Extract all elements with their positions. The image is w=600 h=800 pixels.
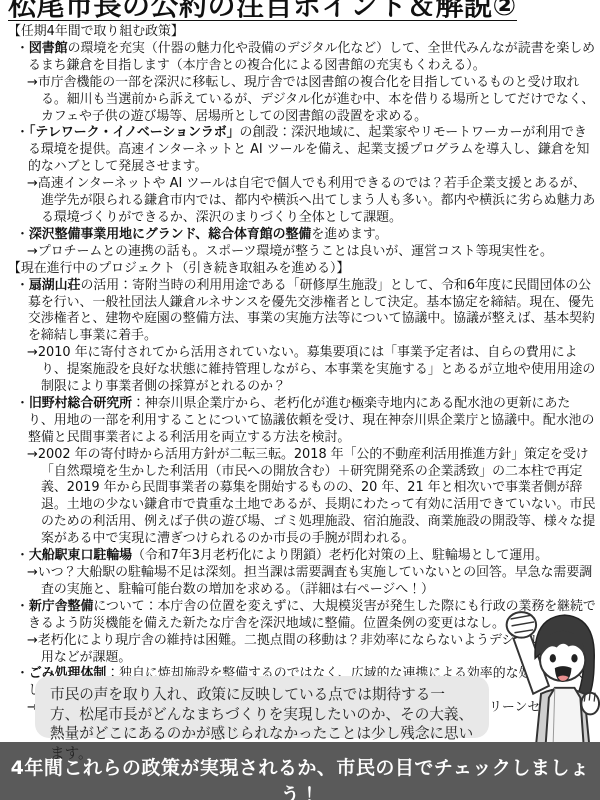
- bullet-marker: ・: [16, 227, 29, 242]
- policy-item-bullet: ・旧野村総合研究所：神奈川県企業庁から、老朽化が進む極楽寺地内にある配水池の更新…: [8, 396, 596, 447]
- waving-hand-icon: [581, 692, 599, 715]
- policy-item-arrow: →いつ？大船駅の駐輪場不足は深刻。担当課は需要調査も実施していないとの回答。早急…: [8, 565, 596, 599]
- page-title: 松尾市長の公約の注目ポイント＆解説②: [8, 0, 517, 21]
- arrow-marker: →: [27, 565, 38, 580]
- text-segment: の環境を充実（什器の魅力化や設備のデジタル化など）して、全世代みんなが読書を楽し…: [28, 41, 595, 73]
- text-segment: 新庁舎整備: [29, 599, 93, 614]
- bullet-marker: ・: [16, 41, 29, 56]
- policy-item-arrow: →プロチームとの連携の話も。スポーツ環境が整うことは良いが、運営コスト等現実性を…: [8, 244, 596, 261]
- arrow-marker: →: [27, 345, 38, 360]
- footer-banner-text: 4年間これらの政策が実現されるか、市民の目でチェックしましょう！: [11, 757, 590, 800]
- bullet-marker: ・: [16, 278, 29, 293]
- policy-item-bullet: ・「テレワーク・イノベーションラボ」の創設：深沢地域に、起業家やリモートワーカー…: [8, 125, 596, 176]
- newsletter-page: { "page": { "title": "松尾市長の公約の注目ポイント＆解説②…: [0, 0, 600, 800]
- text-segment: 市庁舎機能の一部を深沢に移転し、現庁舎では図書館の複合化を目指しているものと受け…: [38, 75, 594, 124]
- text-segment: 扇湖山荘: [29, 278, 81, 293]
- text-segment: 旧野村総合研究所: [29, 396, 132, 411]
- policy-item-arrow: →高速インターネットや AI ツールは自宅で個人でも利用できるのでは？若手企業支…: [8, 176, 596, 227]
- arrow-marker: →: [27, 176, 38, 191]
- text-segment: を進めます。: [311, 227, 387, 242]
- policy-item-bullet: ・深沢整備事業用地にグランド、総合体育館の整備を進めます。: [8, 227, 596, 244]
- bullet-marker: ・: [16, 125, 29, 140]
- text-segment: 大船駅東口駐輪場: [29, 548, 132, 563]
- policy-item-arrow: →2010 年に寄付されてから活用されていない。募集要項には「事業予定者は、自ら…: [8, 345, 596, 396]
- text-segment: 「テレワーク・イノベーションラボ」: [29, 125, 240, 140]
- text-segment: プロチームとの連携の話も。スポーツ環境が整うことは良いが、運営コスト等現実性を。: [38, 244, 553, 259]
- text-segment: （令和7年3月老朽化により閉鎖）老朽化対策の上、駐輪場として運用。: [132, 548, 548, 563]
- policy-item-arrow: →2002 年の寄付時から活用方針が二転三転。2018 年「公的不動産利活用推進…: [8, 447, 596, 548]
- arrow-marker: →: [27, 447, 38, 462]
- policy-item-bullet: ・扇湖山荘の活用：寄附当時の利用用途である「研修厚生施設」として、令和6年度に民…: [8, 278, 596, 346]
- bullet-marker: ・: [16, 396, 29, 411]
- text-segment: 【任期4年間で取り組む政策】: [8, 24, 184, 39]
- text-segment: 深沢整備事業用地にグランド、総合体育館の整備: [29, 227, 311, 242]
- bullet-marker: ・: [16, 548, 29, 563]
- arrow-marker: →: [27, 244, 38, 259]
- arrow-marker: →: [27, 633, 38, 648]
- text-segment: 2002 年の寄付時から活用方針が二転三転。2018 年「公的不動産利活用推進方…: [38, 447, 595, 547]
- text-segment: 2010 年に寄付されてから活用されていない。募集要項には「事業予定者は、自らの…: [38, 345, 595, 394]
- title-clip-region: 松尾市長の公約の注目ポイント＆解説②: [8, 0, 596, 21]
- arrow-marker: →: [27, 75, 38, 90]
- policy-item-bullet: ・図書館の環境を充実（什器の魅力化や設備のデジタル化など）して、全世代みんなが読…: [8, 41, 596, 75]
- commentary-bubble: 市民の声を取り入れ、政策に反映している点では期待する一方、松尾市長がどんなまちづ…: [35, 676, 489, 738]
- section-heading: 【現在進行中のプロジェクト（引き続き取組みを進める）】: [8, 261, 596, 278]
- text-segment: 図書館: [29, 41, 68, 56]
- bullet-marker: ・: [16, 666, 29, 681]
- text-segment: の活用：寄附当時の利用用途である「研修厚生施設」として、令和6年度に民間団体の公…: [28, 278, 595, 344]
- policy-item-bullet: ・大船駅東口駐輪場（令和7年3月老朽化により閉鎖）老朽化対策の上、駐輪場として運…: [8, 548, 596, 565]
- section-heading: 【任期4年間で取り組む政策】: [8, 24, 596, 41]
- fist-icon: [507, 612, 536, 638]
- policy-item-arrow: →市庁舎機能の一部を深沢に移転し、現庁舎では図書館の複合化を目指しているものと受…: [8, 75, 596, 126]
- cheering-woman-illustration: [484, 598, 600, 756]
- text-segment: いつ？大船駅の駐輪場不足は深刻。担当課は需要調査も実施していないとの回答。早急な…: [38, 565, 592, 597]
- text-segment: 【現在進行中のプロジェクト（引き続き取組みを進める）】: [8, 261, 349, 276]
- text-segment: 高速インターネットや AI ツールは自宅で個人でも利用できるのでは？若手企業支援…: [38, 176, 595, 225]
- bullet-marker: ・: [16, 599, 29, 614]
